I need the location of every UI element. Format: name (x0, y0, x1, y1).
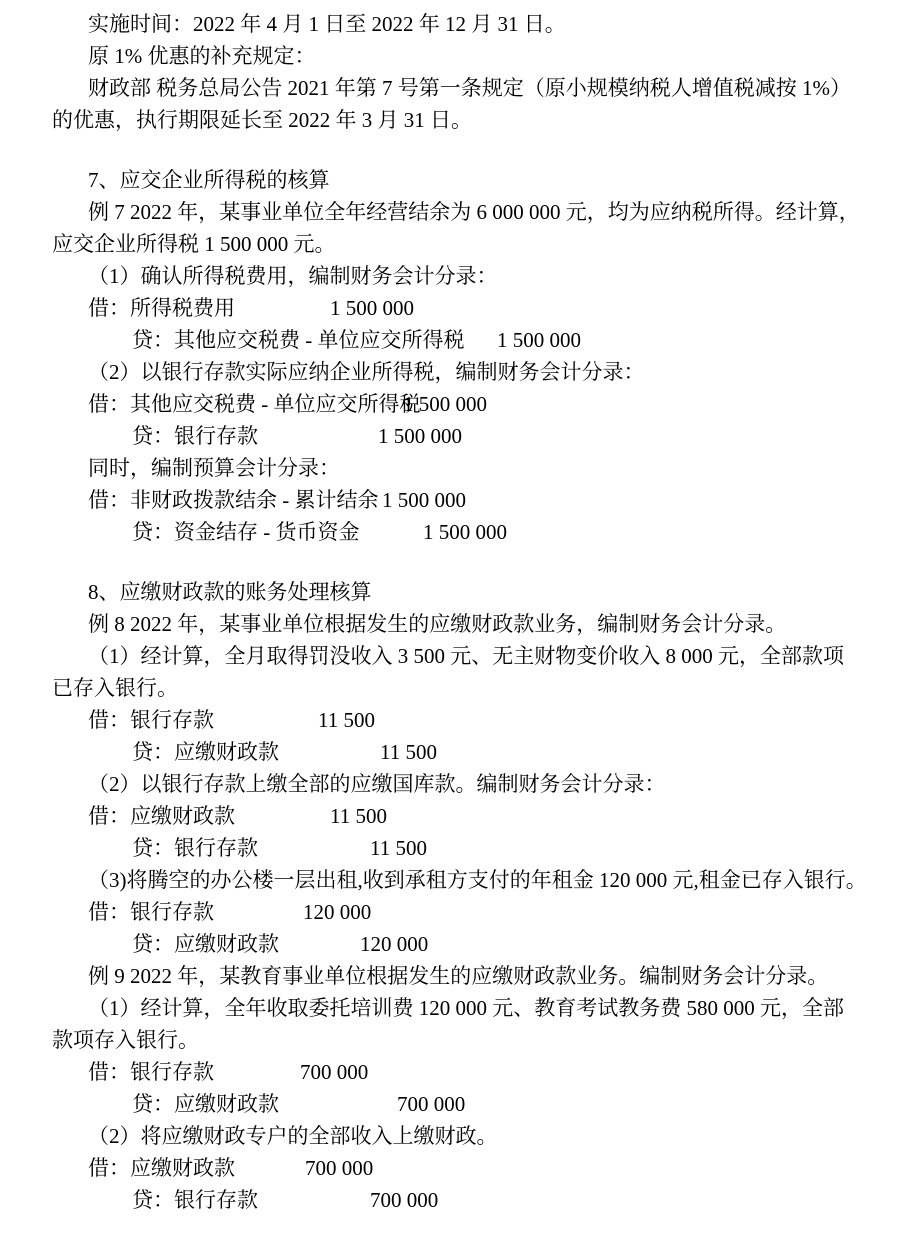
text-line: 例 7 2022 年，某事业单位全年经营结余为 6 000 000 元，均为应纳… (52, 196, 876, 228)
entry-amount: 1 500 000 (330, 292, 414, 324)
text-line: 应交企业所得税 1 500 000 元。 (52, 228, 876, 260)
line-text: 例 9 2022 年，某教育事业单位根据发生的应缴财政款业务。编制财务会计分录。 (88, 964, 828, 988)
journal-entry-line: 贷：应缴财政款11 500 (52, 736, 876, 768)
line-text: 借：非财政拨款结余 - 累计结余 (88, 488, 379, 512)
journal-entry-line: 借：银行存款120 000 (52, 896, 876, 928)
line-text: 贷：应缴财政款 (132, 740, 279, 764)
text-line: 原 1% 优惠的补充规定： (52, 40, 876, 72)
journal-entry-line: 贷：应缴财政款700 000 (52, 1088, 876, 1120)
journal-entry-line: 贷：应缴财政款120 000 (52, 928, 876, 960)
text-line: 7、应交企业所得税的核算 (52, 164, 876, 196)
entry-amount: 120 000 (360, 928, 428, 960)
text-line: 款项存入银行。 (52, 1024, 876, 1056)
text-line: 8、应缴财政款的账务处理核算 (52, 576, 876, 608)
journal-entry-line: 借：非财政拨款结余 - 累计结余1 500 000 (52, 484, 876, 516)
line-text: 的优惠，执行期限延长至 2022 年 3 月 31 日。 (52, 108, 472, 132)
text-line: 已存入银行。 (52, 672, 876, 704)
line-text: （2）以银行存款上缴全部的应缴国库款。编制财务会计分录： (88, 772, 666, 796)
line-text: 借：银行存款 (88, 708, 214, 732)
entry-amount: 120 000 (303, 896, 371, 928)
entry-amount: 11 500 (330, 800, 387, 832)
text-line: （1）经计算，全月取得罚没收入 3 500 元、无主财物变价收入 8 000 元… (52, 640, 876, 672)
line-text: 借：银行存款 (88, 900, 214, 924)
line-text: （2）将应缴财政专户的全部收入上缴财政。 (88, 1124, 498, 1148)
line-text: 借：应缴财政款 (88, 1156, 235, 1180)
journal-entry-line: 贷：其他应交税费 - 单位应交所得税1 500 000 (52, 324, 876, 356)
line-text: 贷：银行存款 (132, 836, 258, 860)
text-line: 例 9 2022 年，某教育事业单位根据发生的应缴财政款业务。编制财务会计分录。 (52, 960, 876, 992)
line-text: 7、应交企业所得税的核算 (88, 168, 330, 192)
line-text: 借：所得税费用 (88, 296, 235, 320)
journal-entry-line: 借：应缴财政款700 000 (52, 1152, 876, 1184)
line-text: 应交企业所得税 1 500 000 元。 (52, 232, 336, 256)
line-text: （2）以银行存款实际应纳企业所得税，编制财务会计分录： (88, 360, 645, 384)
line-text: （3)将腾空的办公楼一层出租,收到承租方支付的年租金 120 000 元,租金已… (88, 868, 867, 892)
line-text: 借：应缴财政款 (88, 804, 235, 828)
entry-amount: 700 000 (300, 1056, 368, 1088)
line-text: 借：银行存款 (88, 1060, 214, 1084)
line-text: （1）经计算，全月取得罚没收入 3 500 元、无主财物变价收入 8 000 元… (88, 644, 844, 668)
text-line: 的优惠，执行期限延长至 2022 年 3 月 31 日。 (52, 104, 876, 136)
text-line: 财政部 税务总局公告 2021 年第 7 号第一条规定（原小规模纳税人增值税减按… (52, 72, 876, 104)
text-line: （2）以银行存款实际应纳企业所得税，编制财务会计分录： (52, 356, 876, 388)
journal-entry-line: 贷：银行存款1 500 000 (52, 420, 876, 452)
journal-entry-line: 借：银行存款700 000 (52, 1056, 876, 1088)
line-text: 贷：应缴财政款 (132, 932, 279, 956)
line-text: 例 8 2022 年，某事业单位根据发生的应缴财政款业务，编制财务会计分录。 (88, 612, 786, 636)
text-line: 同时，编制预算会计分录： (52, 452, 876, 484)
journal-entry-line: 借：所得税费用1 500 000 (52, 292, 876, 324)
line-text: 8、应缴财政款的账务处理核算 (88, 580, 372, 604)
line-text: （1）确认所得税费用，编制财务会计分录： (88, 264, 498, 288)
entry-amount: 1 500 000 (378, 420, 462, 452)
entry-amount: 700 000 (370, 1184, 438, 1216)
line-text: 已存入银行。 (52, 676, 178, 700)
line-text: 例 7 2022 年，某事业单位全年经营结余为 6 000 000 元，均为应纳… (88, 200, 860, 224)
text-line: （2）将应缴财政专户的全部收入上缴财政。 (52, 1120, 876, 1152)
blank-line (52, 548, 876, 576)
entry-amount: 1 500 000 (403, 388, 487, 420)
text-line: （3)将腾空的办公楼一层出租,收到承租方支付的年租金 120 000 元,租金已… (52, 864, 876, 896)
line-text: 贷：资金结存 - 货币资金 (132, 520, 360, 544)
line-text: 借：其他应交税费 - 单位应交所得税 (88, 392, 421, 416)
text-line: 实施时间：2022 年 4 月 1 日至 2022 年 12 月 31 日。 (52, 8, 876, 40)
entry-amount: 1 500 000 (382, 484, 466, 516)
line-text: 贷：其他应交税费 - 单位应交所得税 (132, 328, 465, 352)
blank-line (52, 136, 876, 164)
entry-amount: 700 000 (305, 1152, 373, 1184)
entry-amount: 1 500 000 (497, 324, 581, 356)
entry-amount: 700 000 (397, 1088, 465, 1120)
document-page: 实施时间：2022 年 4 月 1 日至 2022 年 12 月 31 日。原 … (0, 0, 900, 1241)
line-text: 实施时间：2022 年 4 月 1 日至 2022 年 12 月 31 日。 (88, 12, 566, 36)
text-line: （2）以银行存款上缴全部的应缴国库款。编制财务会计分录： (52, 768, 876, 800)
line-text: 贷：应缴财政款 (132, 1092, 279, 1116)
entry-amount: 11 500 (380, 736, 437, 768)
line-text: 贷：银行存款 (132, 424, 258, 448)
entry-amount: 1 500 000 (423, 516, 507, 548)
journal-entry-line: 借：银行存款11 500 (52, 704, 876, 736)
text-line: 例 8 2022 年，某事业单位根据发生的应缴财政款业务，编制财务会计分录。 (52, 608, 876, 640)
entry-amount: 11 500 (318, 704, 375, 736)
line-text: 原 1% 优惠的补充规定： (88, 44, 316, 68)
journal-entry-line: 贷：银行存款700 000 (52, 1184, 876, 1216)
journal-entry-line: 贷：资金结存 - 货币资金1 500 000 (52, 516, 876, 548)
journal-entry-line: 贷：银行存款11 500 (52, 832, 876, 864)
line-text: （1）经计算，全年收取委托培训费 120 000 元、教育考试教务费 580 0… (88, 996, 844, 1020)
line-text: 同时，编制预算会计分录： (88, 456, 340, 480)
journal-entry-line: 借：其他应交税费 - 单位应交所得税1 500 000 (52, 388, 876, 420)
journal-entry-line: 借：应缴财政款11 500 (52, 800, 876, 832)
entry-amount: 11 500 (370, 832, 427, 864)
text-line: （1）经计算，全年收取委托培训费 120 000 元、教育考试教务费 580 0… (52, 992, 876, 1024)
line-text: 财政部 税务总局公告 2021 年第 7 号第一条规定（原小规模纳税人增值税减按… (88, 76, 851, 100)
line-text: 款项存入银行。 (52, 1028, 199, 1052)
document-body: 实施时间：2022 年 4 月 1 日至 2022 年 12 月 31 日。原 … (52, 8, 876, 1216)
text-line: （1）确认所得税费用，编制财务会计分录： (52, 260, 876, 292)
line-text: 贷：银行存款 (132, 1188, 258, 1212)
